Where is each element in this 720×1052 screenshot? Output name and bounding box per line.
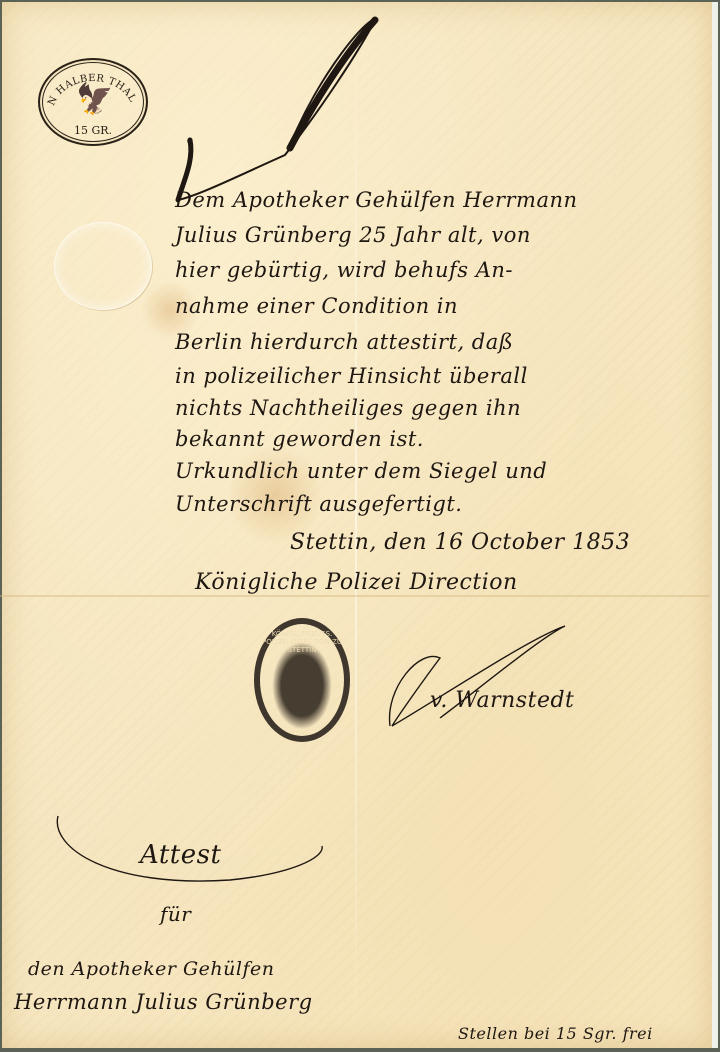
official-seal-text: KÖNIGL. PREUSS. POLIZEI DIRECTION ZU STE… xyxy=(260,630,344,654)
body-line: Dem Apotheker Gehülfen Herrmann xyxy=(175,188,578,212)
docket-recipient-line1: den Apotheker Gehülfen xyxy=(28,958,275,980)
body-line: Unterschrift ausgefertigt. xyxy=(175,492,462,516)
footer-note: Stellen bei 15 Sgr. frei xyxy=(458,1024,653,1043)
body-line: hier gebürtig, wird behufs An- xyxy=(175,258,513,282)
signature-flourish-icon xyxy=(380,618,580,738)
body-line: nahme einer Condition in xyxy=(175,294,458,318)
body-line: Julius Grünberg 25 Jahr alt, von xyxy=(175,223,531,247)
embossed-seal-icon xyxy=(54,222,152,310)
stamp-value: 15 GR. xyxy=(40,124,146,137)
eagle-icon: 🦅 xyxy=(76,80,110,120)
docket-recipient-line2: Herrmann Julius Grünberg xyxy=(14,990,313,1014)
scan-edge xyxy=(712,2,718,1048)
signature: v. Warnstedt xyxy=(430,688,574,713)
body-line: Berlin hierdurch attestirt, daß xyxy=(175,330,513,354)
issuing-authority: Königliche Polizei Direction xyxy=(195,570,518,595)
docket-title: Attest xyxy=(140,840,221,870)
body-line: Urkundlich unter dem Siegel und xyxy=(175,459,547,483)
tax-stamp: EIN HALBER THALER 🦅 15 GR. xyxy=(38,58,148,146)
docket-for-label: für xyxy=(160,902,191,926)
body-line: in polizeilicher Hinsicht überall xyxy=(175,364,528,388)
body-line: bekannt geworden ist. xyxy=(175,427,424,451)
body-line: nichts Nachtheiliges gegen ihn xyxy=(175,396,521,420)
fold-line-horizontal xyxy=(0,595,710,597)
initial-flourish-icon xyxy=(170,10,390,210)
official-seal-icon: KÖNIGL. PREUSS. POLIZEI DIRECTION ZU STE… xyxy=(254,618,350,742)
place-date: Stettin, den 16 October 1853 xyxy=(290,530,630,555)
